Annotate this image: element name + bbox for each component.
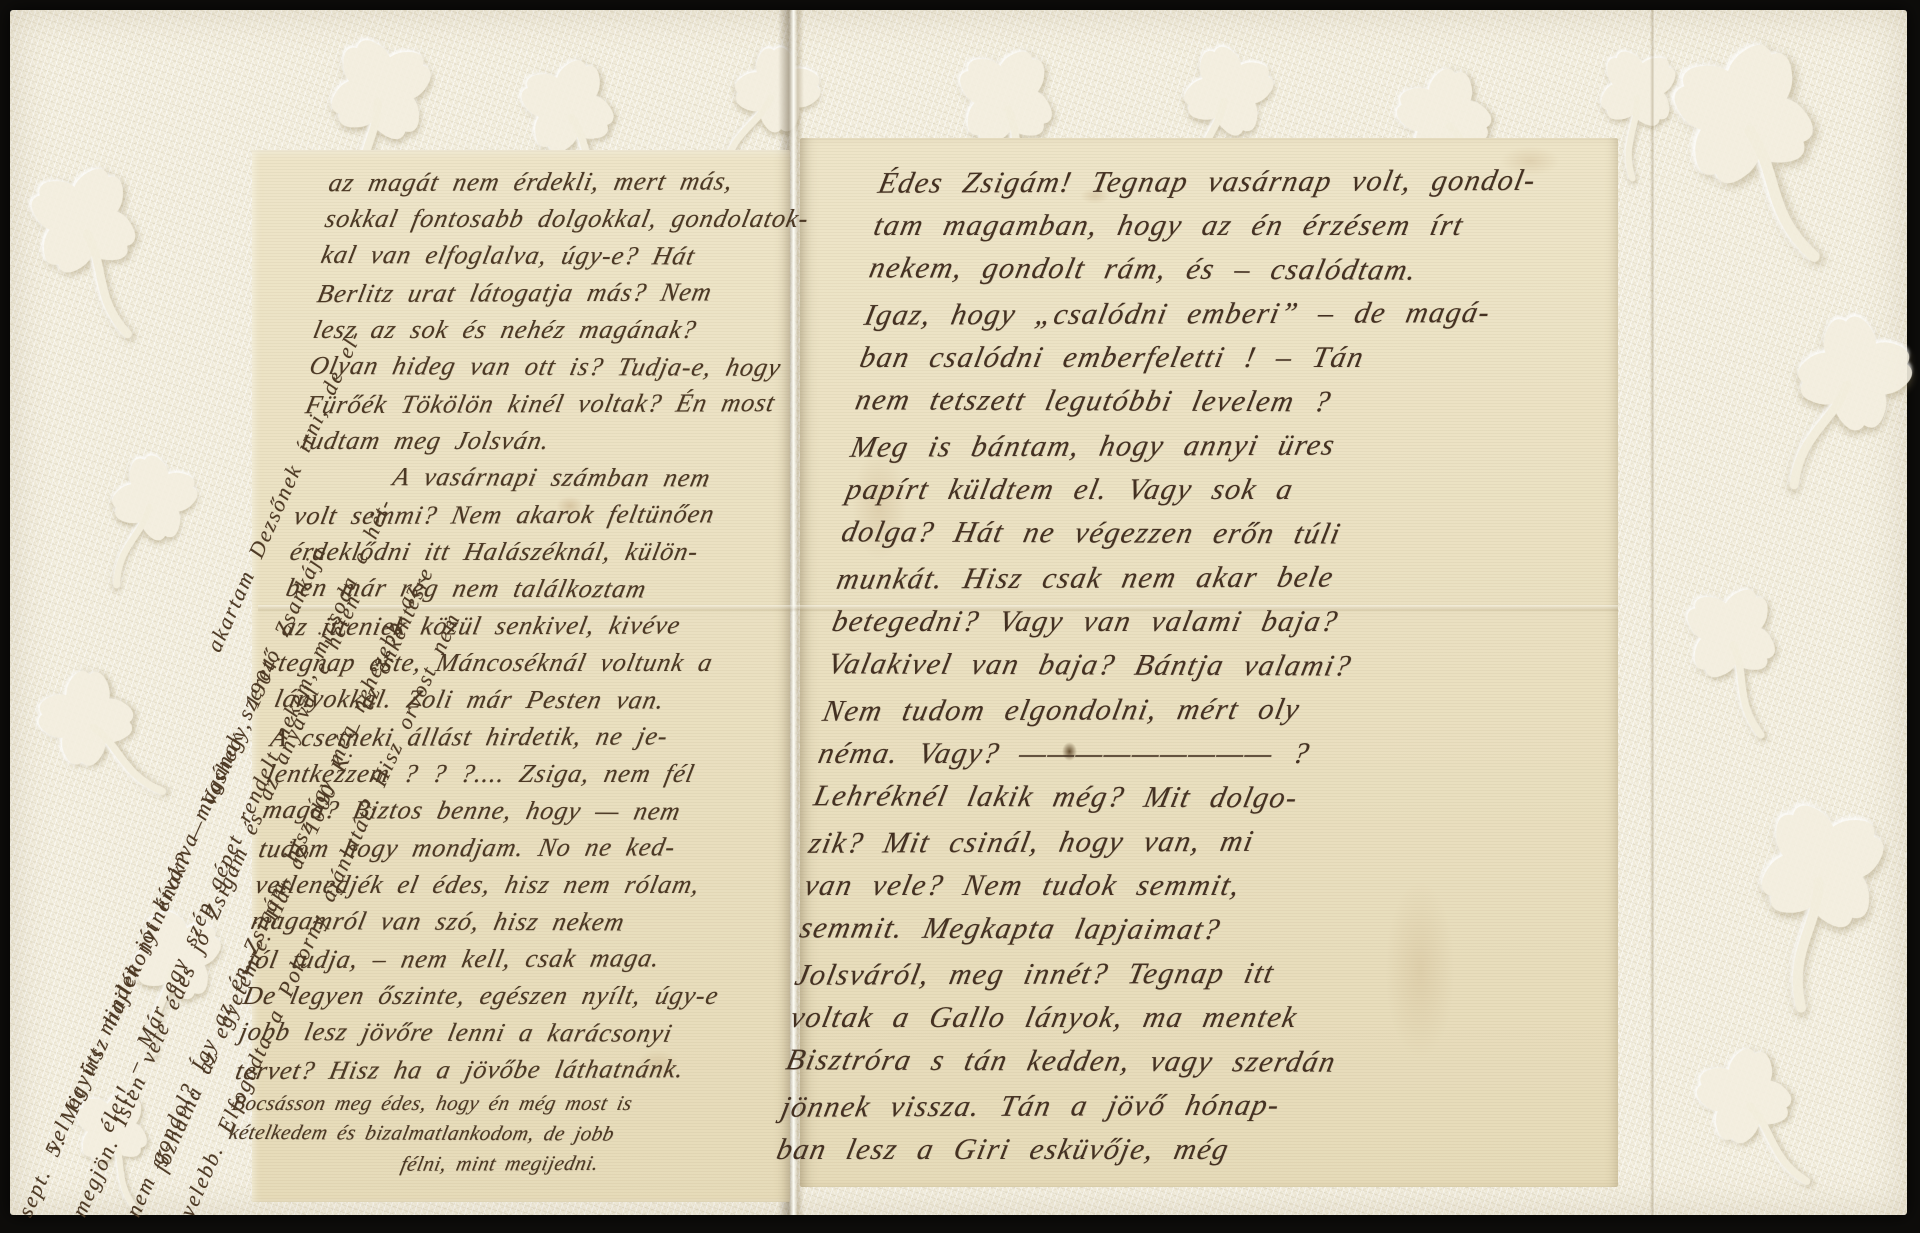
- letter-line: az itteniek közül senkivel, kivéve: [279, 606, 807, 645]
- letter-line: lentkezzem ? ? ?.... Zsiga, nem fél: [263, 755, 791, 792]
- clover-emboss-icon: [1684, 745, 1920, 1045]
- letter-line: De legyen őszinte, egészen nyílt, úgy-e: [240, 977, 768, 1014]
- letter-line: Jolsváról, meg innét? Tegnap itt: [791, 950, 1590, 997]
- letter-line: érdeklődni itt Halászéknál, külön-: [287, 533, 815, 570]
- letter-line: Bisztróra s tán kedden, vagy szerdán: [782, 1038, 1581, 1085]
- letter-line: Berlitz urat látogatja más? Nem: [314, 273, 842, 312]
- letter-line: félni, mint megijedni.: [398, 1147, 749, 1179]
- letter-line: papírt küldtem el. Vagy sok a: [842, 468, 1641, 512]
- letter-line: jobb lesz jövőre lenni a karácsonyi: [236, 1013, 764, 1052]
- letter-line: maga? Biztos benne, hogy — nem: [259, 791, 787, 830]
- letter-line: A csetneki állást hirdetik, ne je-: [267, 717, 795, 756]
- letter-line: betegedni? Vagy van valami baja?: [828, 600, 1627, 644]
- letter-line: Lehréknél lakik még? Mit dolgo-: [810, 774, 1609, 821]
- letter-line: Nem tudom elgondolni, mért oly: [819, 686, 1618, 733]
- letter-line: jól tudja, – nem kell, csak maga.: [244, 939, 772, 978]
- letter-line: nem tetszett legutóbbi levelem ?: [851, 378, 1650, 425]
- letter-line: voltak a Gallo lányok, ma mentek: [786, 996, 1585, 1040]
- letter-line: ban csalódni emberfeletti ! – Tán: [856, 336, 1655, 380]
- letter-line: tegnap este, Máncoséknál voltunk a: [275, 644, 803, 681]
- left-page-text: az magát nem érdekli, mert más,sokkal fo…: [225, 163, 852, 1178]
- letter-line: tervet? Hisz ha a jövőbe láthatnánk.: [232, 1050, 760, 1089]
- letter-line: lányokkal. Zoli már Pesten van.: [271, 680, 799, 719]
- letter-line: Valakivel van baja? Bántja valami?: [823, 642, 1622, 689]
- letter-line: néma. Vagy? ————————— ?: [814, 732, 1613, 776]
- letter-line: semmit. Megkapta lapjaimat?: [796, 906, 1595, 953]
- letter-line: tudtam meg Jolsván.: [298, 422, 826, 459]
- letter-line: Olyan hideg van ott is? Tudja-e, hogy: [306, 347, 834, 386]
- clover-emboss-icon: [1643, 995, 1868, 1233]
- letter-line: zik? Mit csinál, hogy van, mi: [805, 818, 1604, 865]
- letter-line: magamról van szó, hisz nekem: [248, 902, 776, 941]
- letter-line: Meg is bántam, hogy annyi üres: [846, 422, 1645, 469]
- letter-line: Édes Zsigám! Tegnap vasárnap volt, gondo…: [874, 158, 1673, 205]
- letter-line: lesz az sok és nehéz magának?: [310, 311, 838, 348]
- letter-line: munkát. Hisz csak nem akar bele: [833, 554, 1632, 601]
- letter-line: az magát nem érdekli, mert más,: [325, 162, 853, 201]
- letter-line: van vele? Nem tudok semmit,: [800, 864, 1599, 908]
- letter-line: kételkedem és bizalmatlankodom, de jobb: [226, 1117, 752, 1149]
- letter-line: ban lesz a Giri esküvője, még: [773, 1128, 1572, 1172]
- letter-line: kal van elfoglalva, úgy-e? Hát: [318, 236, 846, 275]
- letter-scan: az magát nem érdekli, mert más,sokkal fo…: [0, 0, 1920, 1233]
- letter-line: jönnek vissza. Tán a jövő hónap-: [777, 1082, 1576, 1129]
- clover-emboss-icon: [1701, 250, 1920, 540]
- letter-line: vetlenedjék el édes, hisz nem rólam,: [252, 866, 780, 903]
- clover-emboss-icon: [0, 117, 202, 373]
- letter-line: volt semmi? Nem akarok feltünően: [290, 495, 818, 534]
- clover-emboss-icon: [44, 407, 246, 623]
- letter-line: sokkal fontosabb dolgokkal, gondolatok-: [322, 200, 850, 237]
- letter-line: tudom hogy mondjam. No ne ked-: [255, 828, 783, 867]
- clover-emboss-icon: [1645, 548, 1826, 761]
- letter-line: Bocsásson meg édes, hogy én még most is: [229, 1088, 755, 1118]
- letter-line: A vasárnapi számban nem: [389, 458, 822, 497]
- right-page-text: Édes Zsigám! Tegnap vasárnap volt, gondo…: [775, 160, 1671, 1172]
- clover-emboss-icon: [43, 1060, 188, 1231]
- letter-line: Igaz, hogy „csalódni emberi” – de magá-: [860, 290, 1659, 337]
- letter-line: nekem, gondolt rám, és – csalódtam.: [865, 246, 1664, 293]
- letter-line: ben már rég nem találkoztam: [283, 569, 811, 608]
- letter-line: Fürőék Tökölön kinél voltak? Én most: [302, 384, 830, 423]
- letter-line: tam magamban, hogy az én érzésem írt: [870, 204, 1669, 248]
- clover-emboss-icon: [0, 614, 219, 856]
- letter-line: dolga? Hát ne végezzen erőn túli: [837, 510, 1636, 557]
